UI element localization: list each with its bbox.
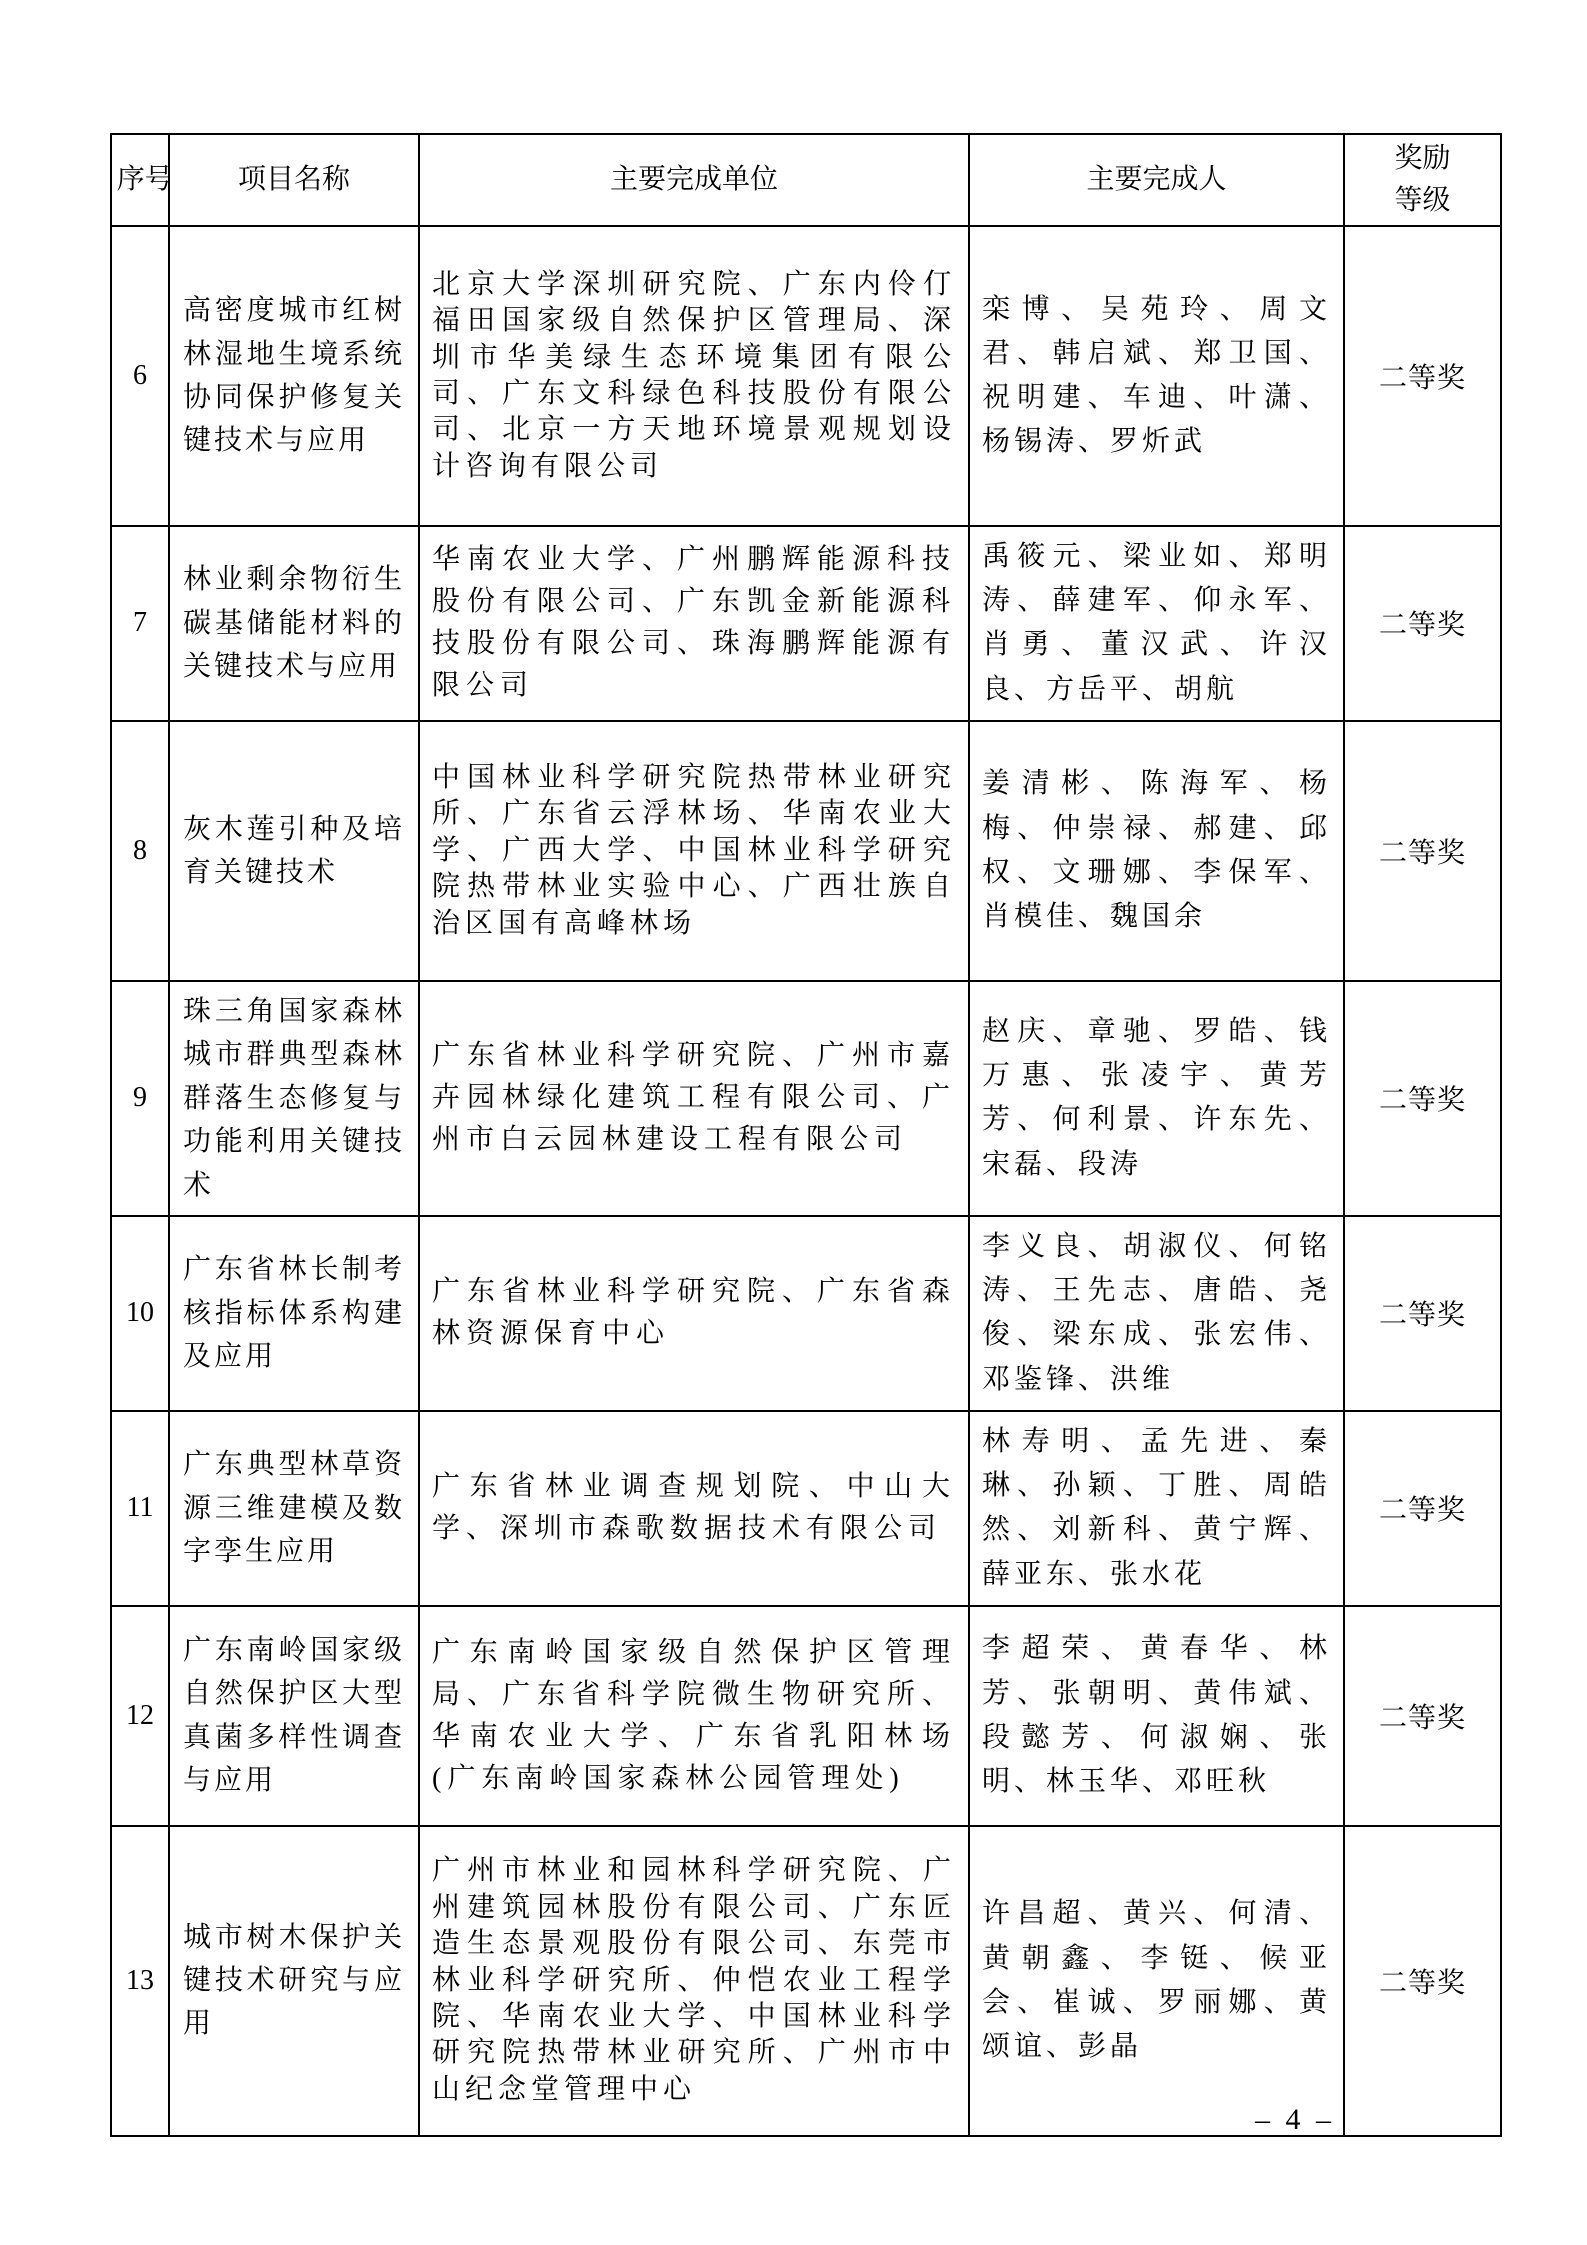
people-cell: 姜清彬、陈海军、杨梅、仲崇禄、郝建、邱权、文珊娜、李保军、肖模佳、魏国余: [969, 721, 1344, 981]
row-serial-number: 7: [111, 526, 169, 721]
document-page: { "table": { "headers": { "col_no": "序号"…: [0, 0, 1587, 2245]
project-name-cell: 广东南岭国家级自然保护区大型真菌多样性调查与应用: [169, 1606, 419, 1826]
table-row: 12 广东南岭国家级自然保护区大型真菌多样性调查与应用 广东南岭国家级自然保护区…: [111, 1606, 1501, 1826]
units-cell: 广东省林业科学研究院、广州市嘉卉园林绿化建筑工程有限公司、广州市白云园林建设工程…: [419, 981, 969, 1216]
awards-table: 序号 项目名称 主要完成单位 主要完成人 奖励等级 6 高密度城市红树林湿地生境…: [110, 133, 1502, 2137]
people-cell: 李超荣、黄春华、林芳、张朝明、黄伟斌、段懿芳、何淑娴、张明、林玉华、邓旺秋: [969, 1606, 1344, 1826]
people-cell: 栾博、吴苑玲、周文君、韩启斌、郑卫国、祝明建、车迪、叶潇、杨锡涛、罗炘武: [969, 226, 1344, 526]
project-name-cell: 广东省林长制考核指标体系构建及应用: [169, 1216, 419, 1411]
row-serial-number: 8: [111, 721, 169, 981]
people-cell: 许昌超、黄兴、何清、黄朝鑫、李铤、候亚会、崔诚、罗丽娜、黄颂谊、彭晶: [969, 1826, 1344, 2136]
header-serial-number: 序号: [111, 134, 169, 226]
header-main-units: 主要完成单位: [419, 134, 969, 226]
units-cell: 华南农业大学、广州鹏辉能源科技股份有限公司、广东凯金新能源科技股份有限公司、珠海…: [419, 526, 969, 721]
table-row: 8 灰木莲引种及培育关键技术 中国林业科学研究院热带林业研究所、广东省云浮林场、…: [111, 721, 1501, 981]
row-serial-number: 10: [111, 1216, 169, 1411]
row-serial-number: 13: [111, 1826, 169, 2136]
header-row: 序号 项目名称 主要完成单位 主要完成人 奖励等级: [111, 134, 1501, 226]
award-cell: 二等奖: [1344, 721, 1501, 981]
award-cell: 二等奖: [1344, 1606, 1501, 1826]
units-cell: 广东省林业调查规划院、中山大学、深圳市森歌数据技术有限公司: [419, 1411, 969, 1606]
project-name-cell: 高密度城市红树林湿地生境系统协同保护修复关键技术与应用: [169, 226, 419, 526]
project-name-cell: 灰木莲引种及培育关键技术: [169, 721, 419, 981]
table-row: 7 林业剩余物衍生碳基储能材料的关键技术与应用 华南农业大学、广州鹏辉能源科技股…: [111, 526, 1501, 721]
units-cell: 北京大学深圳研究院、广东内伶仃福田国家级自然保护区管理局、深圳市华美绿生态环境集…: [419, 226, 969, 526]
award-cell: 二等奖: [1344, 1411, 1501, 1606]
award-cell: 二等奖: [1344, 226, 1501, 526]
units-cell: 广东南岭国家级自然保护区管理局、广东省科学院微生物研究所、华南农业大学、广东省乳…: [419, 1606, 969, 1826]
row-serial-number: 12: [111, 1606, 169, 1826]
row-serial-number: 6: [111, 226, 169, 526]
page-number: – 4 –: [1255, 2103, 1335, 2137]
units-cell: 中国林业科学研究院热带林业研究所、广东省云浮林场、华南农业大学、广西大学、中国林…: [419, 721, 969, 981]
header-project-name: 项目名称: [169, 134, 419, 226]
row-serial-number: 9: [111, 981, 169, 1216]
award-cell: 二等奖: [1344, 526, 1501, 721]
header-main-people: 主要完成人: [969, 134, 1344, 226]
people-cell: 林寿明、孟先进、秦琳、孙颖、丁胜、周皓然、刘新科、黄宁辉、薛亚东、张水花: [969, 1411, 1344, 1606]
award-cell: 二等奖: [1344, 981, 1501, 1216]
units-cell: 广东省林业科学研究院、广东省森林资源保育中心: [419, 1216, 969, 1411]
project-name-cell: 林业剩余物衍生碳基储能材料的关键技术与应用: [169, 526, 419, 721]
table-row: 10 广东省林长制考核指标体系构建及应用 广东省林业科学研究院、广东省森林资源保…: [111, 1216, 1501, 1411]
table-row: 9 珠三角国家森林城市群典型森林群落生态修复与功能利用关键技术 广东省林业科学研…: [111, 981, 1501, 1216]
people-cell: 李义良、胡淑仪、何铭涛、王先志、唐皓、尧俊、梁东成、张宏伟、邓鉴锋、洪维: [969, 1216, 1344, 1411]
project-name-cell: 广东典型林草资源三维建模及数字孪生应用: [169, 1411, 419, 1606]
award-cell: 二等奖: [1344, 1826, 1501, 2136]
project-name-cell: 城市树木保护关键技术研究与应用: [169, 1826, 419, 2136]
units-cell: 广州市林业和园林科学研究院、广州建筑园林股份有限公司、广东匠造生态景观股份有限公…: [419, 1826, 969, 2136]
table-row: 11 广东典型林草资源三维建模及数字孪生应用 广东省林业调查规划院、中山大学、深…: [111, 1411, 1501, 1606]
award-cell: 二等奖: [1344, 1216, 1501, 1411]
people-cell: 禹筱元、梁业如、郑明涛、薛建军、仰永军、肖勇、董汉武、许汉良、方岳平、胡航: [969, 526, 1344, 721]
table-row: 13 城市树木保护关键技术研究与应用 广州市林业和园林科学研究院、广州建筑园林股…: [111, 1826, 1501, 2136]
row-serial-number: 11: [111, 1411, 169, 1606]
project-name-cell: 珠三角国家森林城市群典型森林群落生态修复与功能利用关键技术: [169, 981, 419, 1216]
header-award-level: 奖励等级: [1344, 134, 1501, 226]
people-cell: 赵庆、章驰、罗皓、钱万惠、张凌宇、黄芳芳、何利景、许东先、宋磊、段涛: [969, 981, 1344, 1216]
table-row: 6 高密度城市红树林湿地生境系统协同保护修复关键技术与应用 北京大学深圳研究院、…: [111, 226, 1501, 526]
